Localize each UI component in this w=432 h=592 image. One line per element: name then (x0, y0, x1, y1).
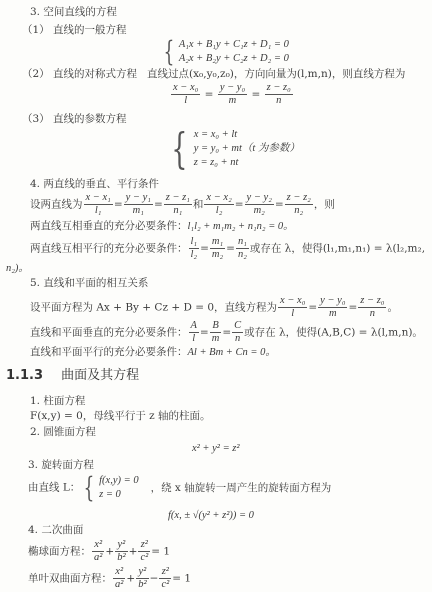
fraction: y − y₀m (218, 82, 247, 107)
fraction: z − z₂n₂ (285, 192, 313, 217)
parallel-condition-continuation: n₂)。 (6, 262, 29, 275)
plane-line-definition: 设平面方程为 Ax + By + Cz + D = 0，直线方程为x − x₀l… (30, 295, 398, 320)
parallel-condition: 两直线互相平行的充分必要条件：l₁l₂=m₁m₂=n₁n₂或存在 λ，使得(l₁… (30, 236, 425, 261)
cone-equation: x² + y² = z² (192, 442, 240, 455)
parametric-eq-z: z = z₀ + nt (194, 156, 300, 170)
general-eq-2: A₂x + B₂y + C₂z + D₂ = 0 (179, 52, 289, 66)
fraction: x²a² (92, 539, 104, 564)
line-plane-perpendicular: 直线和平面垂直的充分必要条件：Al=Bm=Cn或存在 λ，使得(A,B,C) =… (30, 320, 423, 345)
revolution-definition: 由直线 L：{ f(x,y) = 0 z = 0 ，绕 x 轴旋转一周产生的旋转… (28, 474, 331, 502)
cylinder-text: F(x,y) = 0，母线平行于 z 轴的柱面。 (30, 410, 211, 423)
fraction: y − y₂m₂ (245, 192, 274, 217)
fraction: l₁l₂ (189, 236, 200, 261)
quadric-heading: 4. 二次曲面 (28, 524, 83, 537)
fraction: Al (189, 320, 199, 345)
left-brace-icon: { (164, 38, 175, 66)
subsection-parametric-label: （3） 直线的参数方程 (22, 113, 127, 126)
fraction: x²a² (113, 566, 125, 591)
fraction: z − z₀n (358, 295, 386, 320)
chapter-number: 1.1.3 (6, 368, 43, 383)
fraction: x − x₂l₂ (204, 192, 233, 217)
ellipsoid-equation: 椭球面方程：x²a²+y²b²+z²c²= 1 (28, 539, 170, 564)
line-plane-parallel: 直线和平面平行的充分必要条件：Al + Bm + Cn = 0。 (30, 346, 276, 359)
parametric-eq-y: y = y₀ + mt（t 为参数） (194, 142, 300, 156)
fraction: z²c² (138, 539, 150, 564)
subsection-symmetric-label: （2） 直线的对称式方程 (22, 68, 137, 81)
section-4-heading: 4. 两直线的垂直、平行条件 (30, 178, 159, 191)
parametric-eq-x: x = x₀ + lt (194, 128, 300, 142)
perpendicular-condition: 两直线互相垂直的充分必要条件：l₁l₂ + m₁m₂ + n₁n₂ = 0。 (30, 220, 294, 233)
general-eq-1: A₁x + B₁y + C₁z + D₁ = 0 (179, 38, 289, 52)
fraction: z²c² (159, 566, 171, 591)
fraction: n₁n₂ (236, 236, 249, 261)
revolution-eq-1: f(x,y) = 0 (99, 474, 138, 488)
fraction: z − z₀n (265, 82, 293, 107)
left-brace-icon: { (171, 128, 187, 170)
chapter-title: 曲面及其方程 (61, 368, 139, 383)
fraction: y²b² (136, 566, 148, 591)
symmetric-equation: x − x₀l = y − y₀m = z − z₀n (170, 82, 294, 107)
fraction: x − x₀l (171, 82, 200, 107)
parametric-system: { x = x₀ + lt y = y₀ + mt（t 为参数） z = z₀ … (166, 128, 300, 170)
fraction: y − y₁m₁ (124, 192, 153, 217)
left-brace-icon: { (84, 474, 95, 502)
fraction: x − x₁l₁ (84, 192, 113, 217)
revolution-eq-2: z = 0 (99, 488, 138, 502)
general-form-system: { A₁x + B₁y + C₁z + D₁ = 0 A₂x + B₂y + C… (160, 38, 289, 66)
hyperboloid-equation: 单叶双曲面方程：x²a²+y²b²−z²c²= 1 (28, 566, 191, 591)
two-lines-definition: 设两直线为x − x₁l₁=y − y₁m₁=z − z₁n₁和x − x₂l₂… (30, 192, 335, 217)
fraction: m₁m₂ (210, 236, 225, 261)
section-5-heading: 5. 直线和平面的相互关系 (30, 277, 148, 290)
section-3-heading: 3. 空间直线的方程 (30, 6, 117, 19)
fraction: y − y₀m (318, 295, 347, 320)
chapter-heading: 1.1.3 曲面及其方程 (6, 369, 139, 382)
fraction: Cn (232, 320, 243, 345)
revolution-result: f(x, ± √(y² + z²)) = 0 (168, 509, 254, 522)
subsection-general-form-label: （1） 直线的一般方程 (22, 24, 127, 37)
fraction: y²b² (115, 539, 127, 564)
cone-heading: 2. 圆锥面方程 (30, 426, 96, 439)
fraction: Bm (210, 320, 222, 345)
fraction: z − z₁n₁ (164, 192, 192, 217)
symmetric-description: 直线过点(x₀,y₀,z₀)，方向向量为(l,m,n)，则直线方程为 (147, 68, 405, 81)
cylinder-heading: 1. 柱面方程 (30, 395, 85, 408)
fraction: x − x₀l (278, 295, 307, 320)
